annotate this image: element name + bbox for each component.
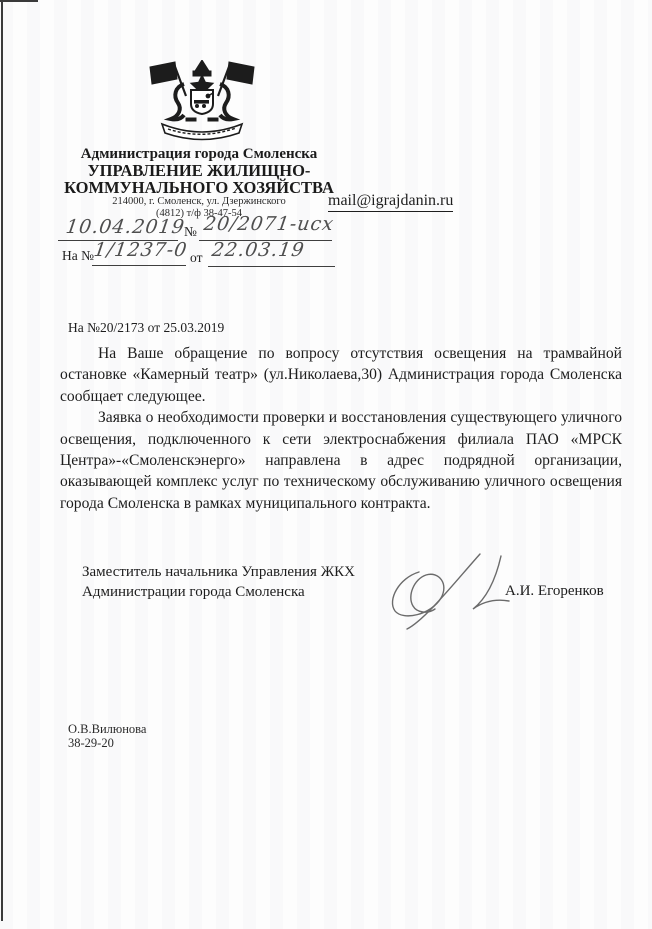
reference-line: На №20/2173 от 25.03.2019 bbox=[68, 320, 224, 336]
number-sign-label: № bbox=[184, 224, 197, 240]
scan-edge-line-top bbox=[0, 0, 38, 2]
department-name-line1: УПРАВЛЕНИЕ ЖИЛИЩНО- bbox=[38, 162, 360, 179]
incoming-number-line bbox=[92, 265, 186, 266]
body-paragraph-2: Заявка о необходимости проверки и восста… bbox=[60, 407, 622, 514]
signer-title-line2: Администрации города Смоленска bbox=[82, 582, 355, 602]
letterhead: Администрация города Смоленска УПРАВЛЕНИ… bbox=[38, 146, 360, 220]
smolensk-coat-of-arms-icon bbox=[146, 60, 258, 148]
executor-phone: 38-29-20 bbox=[68, 736, 146, 750]
signer-title: Заместитель начальника Управления ЖКХ Ад… bbox=[82, 562, 355, 602]
incoming-date-handwritten: 22.03.19 bbox=[210, 239, 306, 261]
org-address: 214000, г. Смоленск, ул. Дзержинского bbox=[38, 196, 360, 208]
incoming-number-handwritten: 1/1237-0 bbox=[92, 239, 188, 261]
outgoing-number-handwritten: 20/2071-исх bbox=[202, 213, 335, 235]
body-paragraph-1: На Ваше обращение по вопросу отсутствия … bbox=[60, 343, 622, 407]
outgoing-date-handwritten: 10.04.2019 bbox=[64, 216, 186, 238]
email-address: mail@igrajdanin.ru bbox=[328, 192, 453, 212]
scanned-letter-page: Администрация города Смоленска УПРАВЛЕНИ… bbox=[0, 0, 652, 929]
executor-block: О.В.Вилюнова 38-29-20 bbox=[68, 722, 146, 750]
incoming-date-line bbox=[208, 266, 335, 267]
department-name-line2: КОММУНАЛЬНОГО ХОЗЯЙСТВА bbox=[38, 179, 360, 196]
signer-title-line1: Заместитель начальника Управления ЖКХ bbox=[82, 562, 355, 582]
from-label: от bbox=[190, 250, 202, 266]
scan-edge-line-left bbox=[1, 0, 3, 921]
org-name: Администрация города Смоленска bbox=[38, 146, 360, 162]
executor-name: О.В.Вилюнова bbox=[68, 722, 146, 736]
signer-name: А.И. Егоренков bbox=[505, 583, 604, 600]
letter-body: На Ваше обращение по вопросу отсутствия … bbox=[60, 343, 622, 514]
reply-to-label: На № bbox=[62, 248, 94, 264]
